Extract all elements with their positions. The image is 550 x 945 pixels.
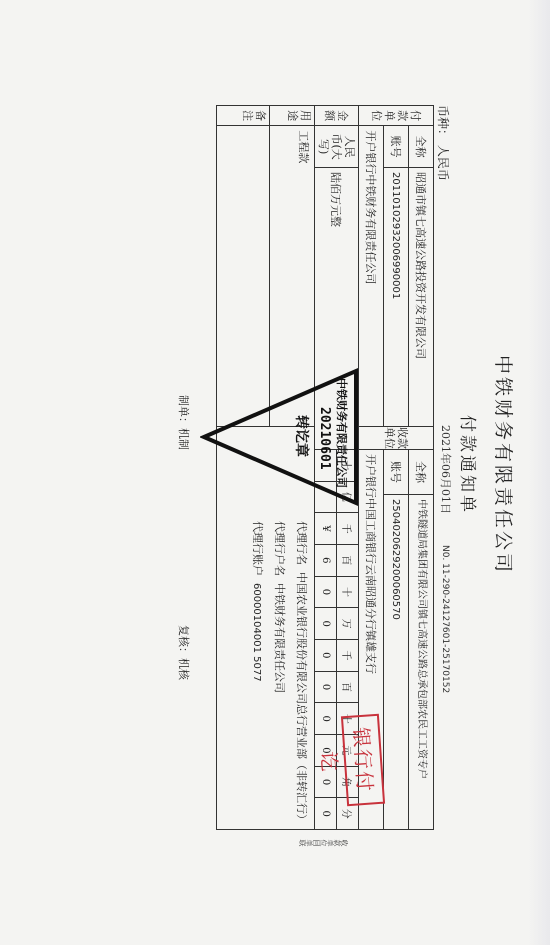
amount-label: 金额 — [315, 106, 359, 126]
bank-paid-seal: 银行付讫 — [341, 714, 385, 806]
digit-header: 十 — [337, 576, 359, 608]
digit-value: 0 — [315, 576, 337, 608]
maker-label: 制单： — [177, 395, 190, 428]
copy-note: 收款单位回单联 — [299, 837, 348, 847]
payer-account: 20110102932006990001 — [384, 167, 409, 426]
stamp-type: 转讫章 — [292, 415, 312, 457]
stamp-date: 20210601 — [317, 407, 332, 470]
amount-words-label: 人民币(大写) — [315, 126, 359, 168]
payment-notice-document: 中铁财务有限责任公司 付款通知单 币种： 人民币 2021年06月01日 N0.… — [160, 95, 540, 855]
payee-bank: 中国工商银行云南昭通分行镇雄支行 — [364, 498, 377, 674]
agent-account-no-row: 代理行账户 60000104001 5077 — [245, 521, 268, 825]
payee-name: 中铁隧道局集团有限公司镇七高速公路总承包部农民工工资专户 — [409, 495, 434, 830]
digit-header: 千 — [337, 513, 359, 545]
issuer-title: 中铁财务有限责任公司 — [491, 95, 518, 835]
serial-number: N0. 11-290-24127601-25170152 — [440, 545, 450, 693]
currency-value: 人民币 — [436, 145, 450, 181]
agent-bank-name: 中国农业银行股份有限公司总行营业部（非转汇行） — [295, 572, 308, 825]
checker-value: 机核 — [177, 658, 190, 680]
agent-account-name: 中铁财务有限责任公司 — [273, 583, 286, 693]
payer-account-label: 账号 — [384, 126, 409, 168]
payee-account-label: 账号 — [384, 449, 409, 494]
payer-section-label: 付款单位 — [359, 106, 434, 126]
payee-section-label: 收款单位 — [359, 426, 434, 449]
digit-value: 0 — [315, 798, 337, 829]
digit-value: 0 — [315, 608, 337, 640]
digit-value: 0 — [315, 671, 337, 703]
agent-bank-name-row: 代理行名 中国农业银行股份有限公司总行营业部（非转汇行） — [290, 521, 312, 825]
payee-bank-label: 开户银行 — [364, 454, 377, 498]
remarks-label: 备注 — [217, 106, 270, 126]
payer-name-label: 全称 — [409, 126, 434, 168]
digit-value: 6 — [315, 544, 337, 576]
currency-line: 币种： 人民币 — [435, 105, 452, 181]
document-date: 2021年06月01日 — [438, 425, 454, 514]
digit-value: 0 — [315, 703, 337, 735]
document-title: 付款通知单 — [457, 95, 482, 835]
digit-value: 0 — [315, 639, 337, 671]
agent-account-name-row: 代理行户名 中铁财务有限责任公司 — [268, 521, 290, 825]
agent-account-no-label: 代理行账户 — [251, 521, 264, 576]
payer-name: 昭通市镇七高速公路投资开发有限公司 — [409, 167, 434, 426]
maker: 制单：机制 — [176, 395, 192, 450]
checker-label: 复核： — [177, 625, 190, 658]
digit-header: 百 — [337, 544, 359, 576]
payee-name-label: 全称 — [409, 449, 434, 494]
purpose-label: 用途 — [270, 106, 315, 126]
payer-bank-label: 开户银行 — [364, 130, 377, 174]
currency-label: 币种： — [436, 105, 450, 141]
agent-account-name-label: 代理行户名 — [273, 521, 286, 576]
digit-value: ¥ — [315, 513, 337, 545]
digit-header: 万 — [337, 608, 359, 640]
payer-bank-row: 开户银行中铁财务有限责任公司 — [359, 126, 384, 427]
agent-bank-name-label: 代理行名 — [295, 521, 308, 565]
checker: 复核：机核 — [176, 625, 192, 680]
agent-account-no: 60000104001 5077 — [251, 583, 262, 682]
digit-header: 千 — [337, 639, 359, 671]
payee-account: 2504020629200060570 — [384, 495, 409, 830]
digit-header: 百 — [337, 671, 359, 703]
stamp-company: 中铁财务有限责任公司 — [334, 378, 350, 488]
payer-bank: 中铁财务有限责任公司 — [364, 174, 377, 284]
maker-value: 机制 — [177, 428, 190, 450]
